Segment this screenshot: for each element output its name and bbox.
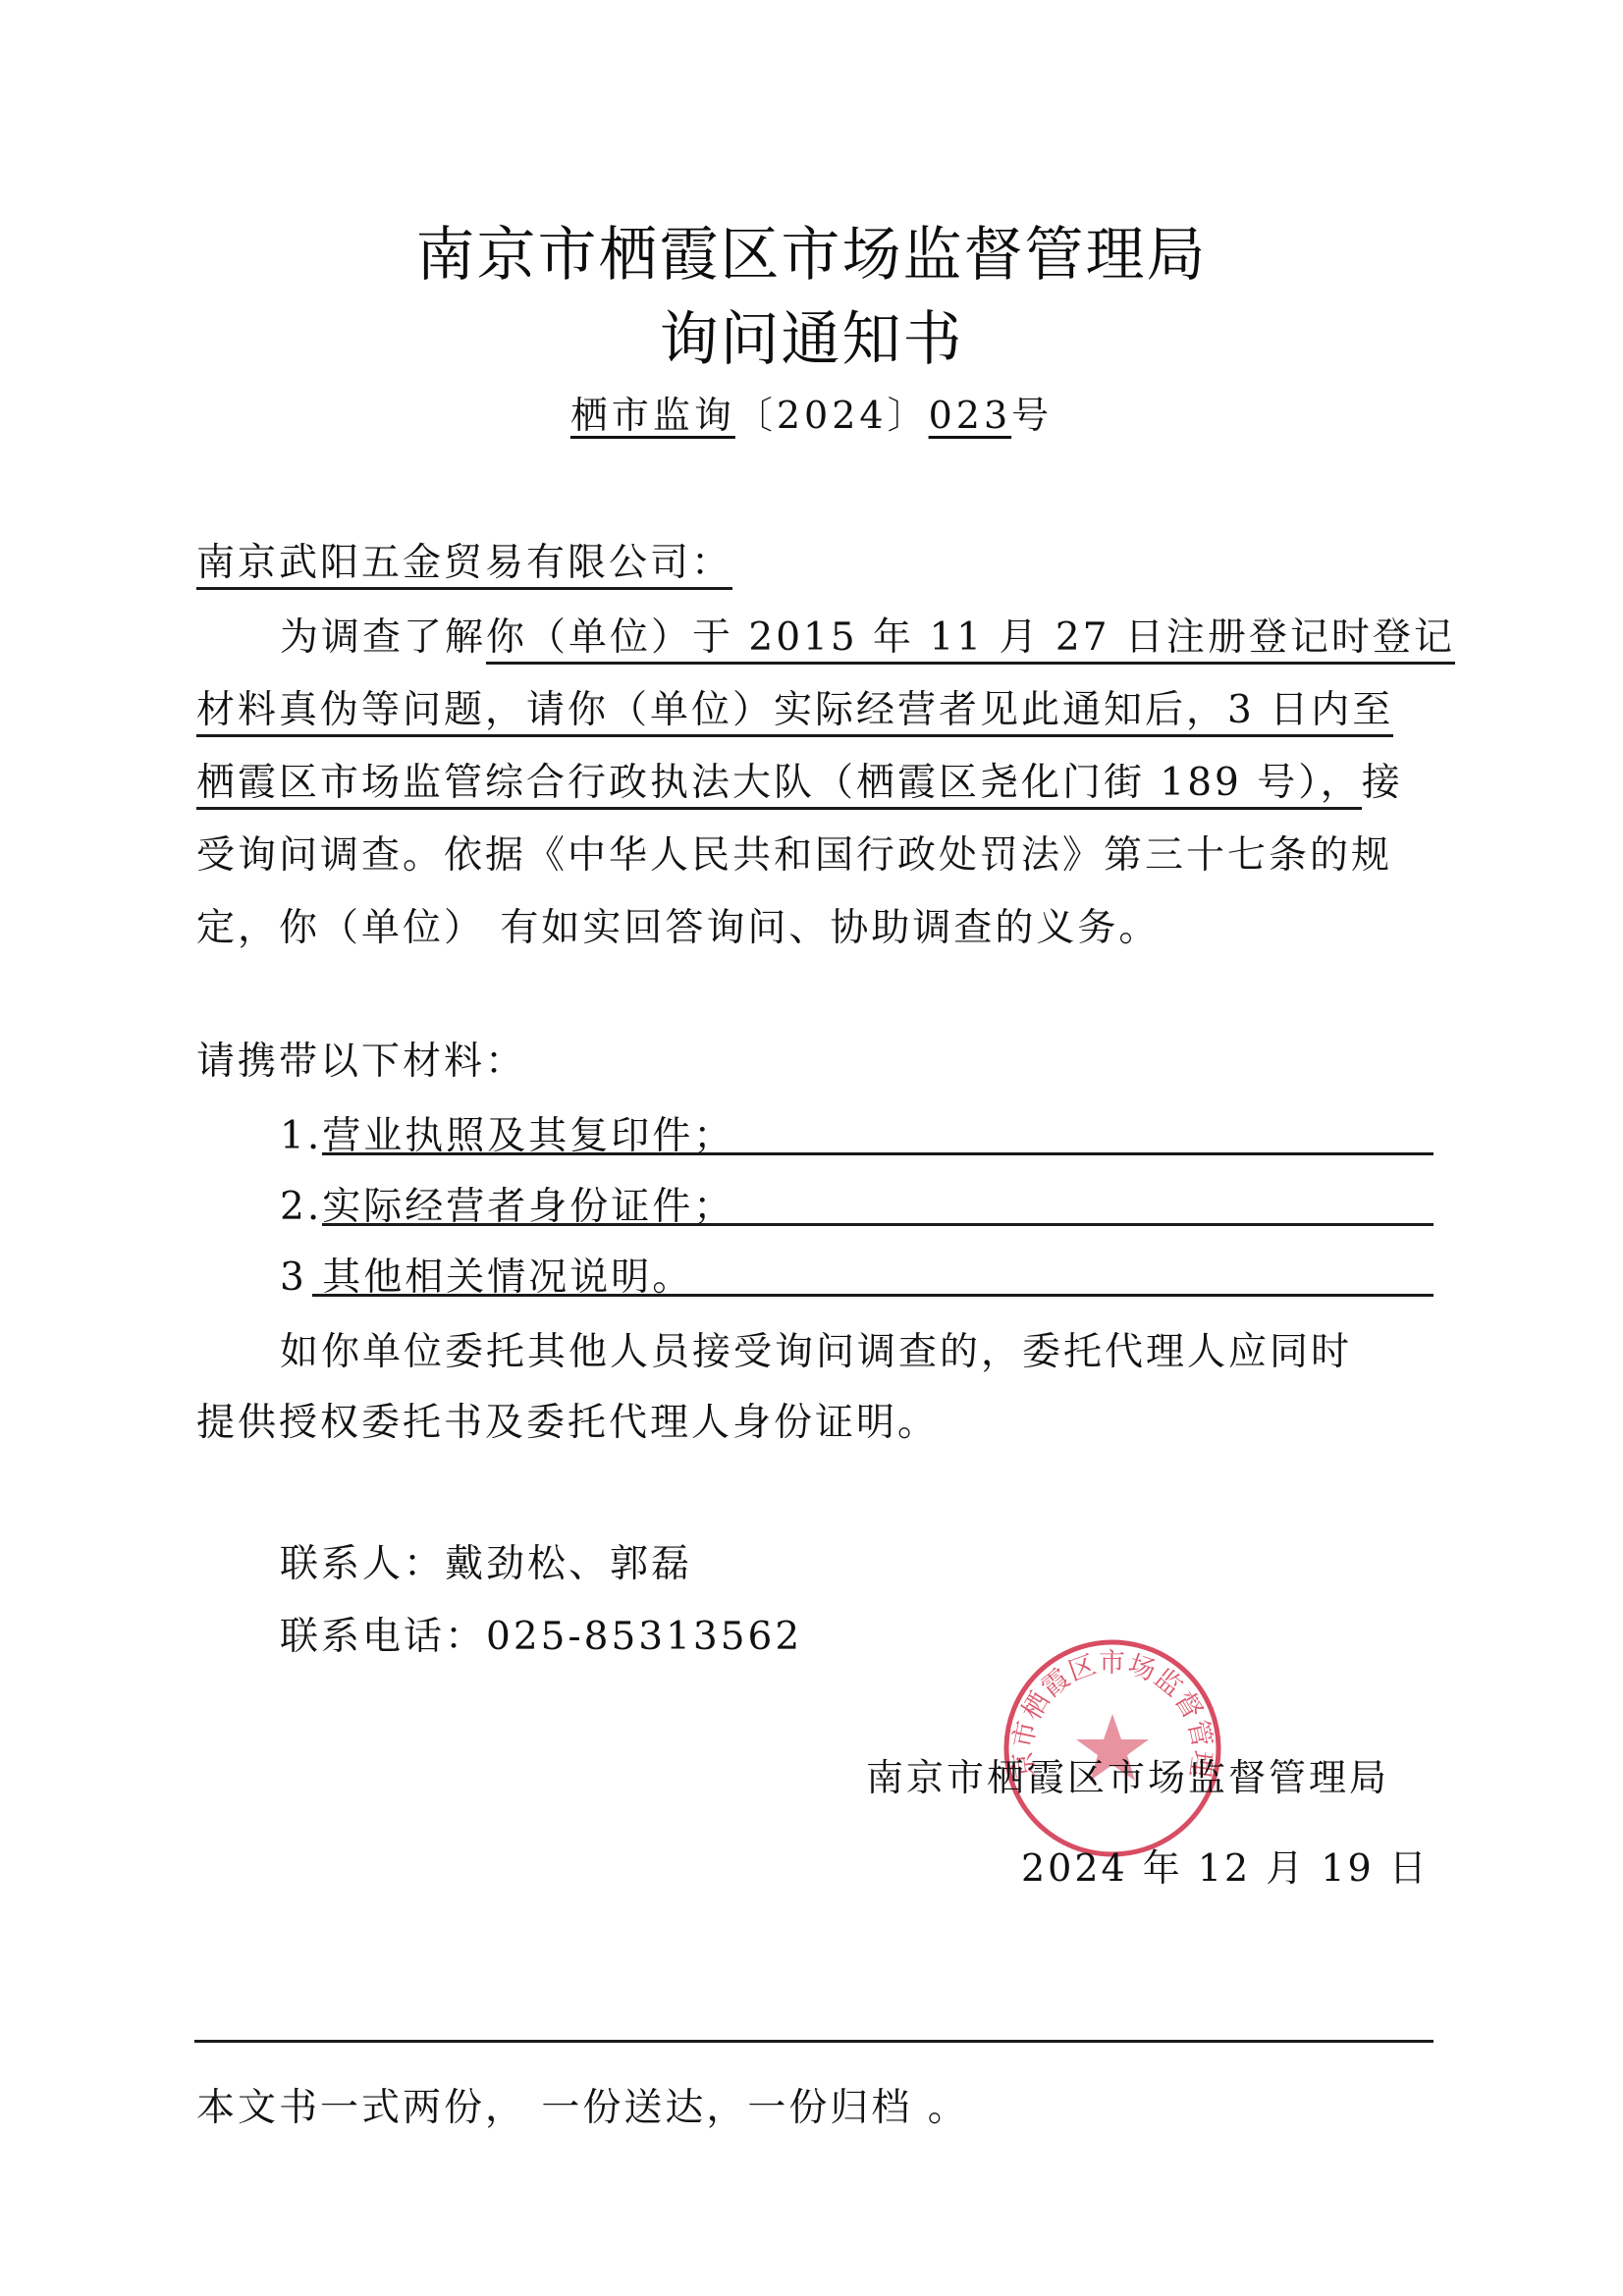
doc-number-prefix: 栖市监询 [570,394,735,437]
delegation-line-1: 如你单位委托其他人员接受询问调查的，委托代理人应同时 [280,1323,1352,1382]
material-number: 3 [280,1255,307,1300]
body-underlined-text: 你（单位）于 2015 年 11 月 27 日注册登记时登记 [486,615,1455,665]
body-text: 为调查了解 [280,615,486,660]
contact-person-label: 联系人： [280,1542,445,1586]
contact-person: 联系人：戴劲松、郭磊 [280,1535,692,1594]
addressee-name: 南京武阳五金贸易有限公司： [196,541,732,590]
addressee: 南京武阳五金贸易有限公司： [196,534,732,593]
doc-number-serial: 023 [929,394,1012,437]
delegation-line-2: 提供授权委托书及委托代理人身份证明。 [196,1394,939,1453]
body-line-1: 为调查了解你（单位）于 2015 年 11 月 27 日注册登记时登记 [280,609,1455,667]
doc-number-suffix: 号 [1011,394,1053,437]
contact-phone-label: 联系电话： [280,1615,486,1659]
material-number: 2. [280,1185,322,1229]
body-line-4: 受询问调查。依据《中华人民共和国行政处罚法》第三十七条的规 [196,827,1392,885]
material-underline [322,1223,1434,1226]
document-title: 询问通知书 [0,293,1623,377]
footer-divider [194,2040,1434,2043]
body-line-3: 栖霞区市场监管综合行政执法大队（栖霞区尧化门街 189 号），接 [196,754,1403,813]
doc-number-year: 〔2024〕 [735,394,929,437]
document-number: 栖市监询〔2024〕023号 [0,385,1623,439]
body-text: 定，你（单位） 有如实回答询问、协助调查的义务。 [196,906,1160,950]
material-underline [312,1294,1434,1297]
org-title: 南京市栖霞区市场监督管理局 [0,208,1623,293]
contact-phone-value: 025-85313562 [486,1615,802,1659]
material-item-2: 2.实际经营者身份证件； [280,1178,734,1237]
material-item-1: 1.营业执照及其复印件； [280,1107,734,1166]
material-number: 1. [280,1114,322,1158]
body-underlined-text: 栖霞区市场监管综合行政执法大队（栖霞区尧化门街 189 号）， [196,761,1362,810]
body-line-2: 材料真伪等问题，请你（单位）实际经营者见此通知后，3 日内至 [196,681,1393,740]
body-text: 接 [1362,761,1403,805]
body-text: 受询问调查。依据《中华人民共和国行政处罚法》第三十七条的规 [196,833,1392,878]
material-item-3: 3 其他相关情况说明。 [280,1249,693,1308]
footer-note: 本文书一式两份， 一份送达，一份归档 。 [196,2079,969,2138]
material-underline [322,1152,1434,1155]
signature-org: 南京市栖霞区市场监督管理局 [866,1747,1389,1801]
contact-phone: 联系电话：025-85313562 [280,1608,802,1667]
materials-heading: 请携带以下材料： [196,1033,526,1092]
signature-date: 2024 年 12 月 19 日 [1021,1838,1430,1892]
body-line-5: 定，你（单位） 有如实回答询问、协助调查的义务。 [196,899,1160,958]
body-underlined-text: 材料真伪等问题，请你（单位）实际经营者见此通知后，3 日内至 [196,688,1393,737]
contact-person-value: 戴劲松、郭磊 [445,1542,692,1586]
